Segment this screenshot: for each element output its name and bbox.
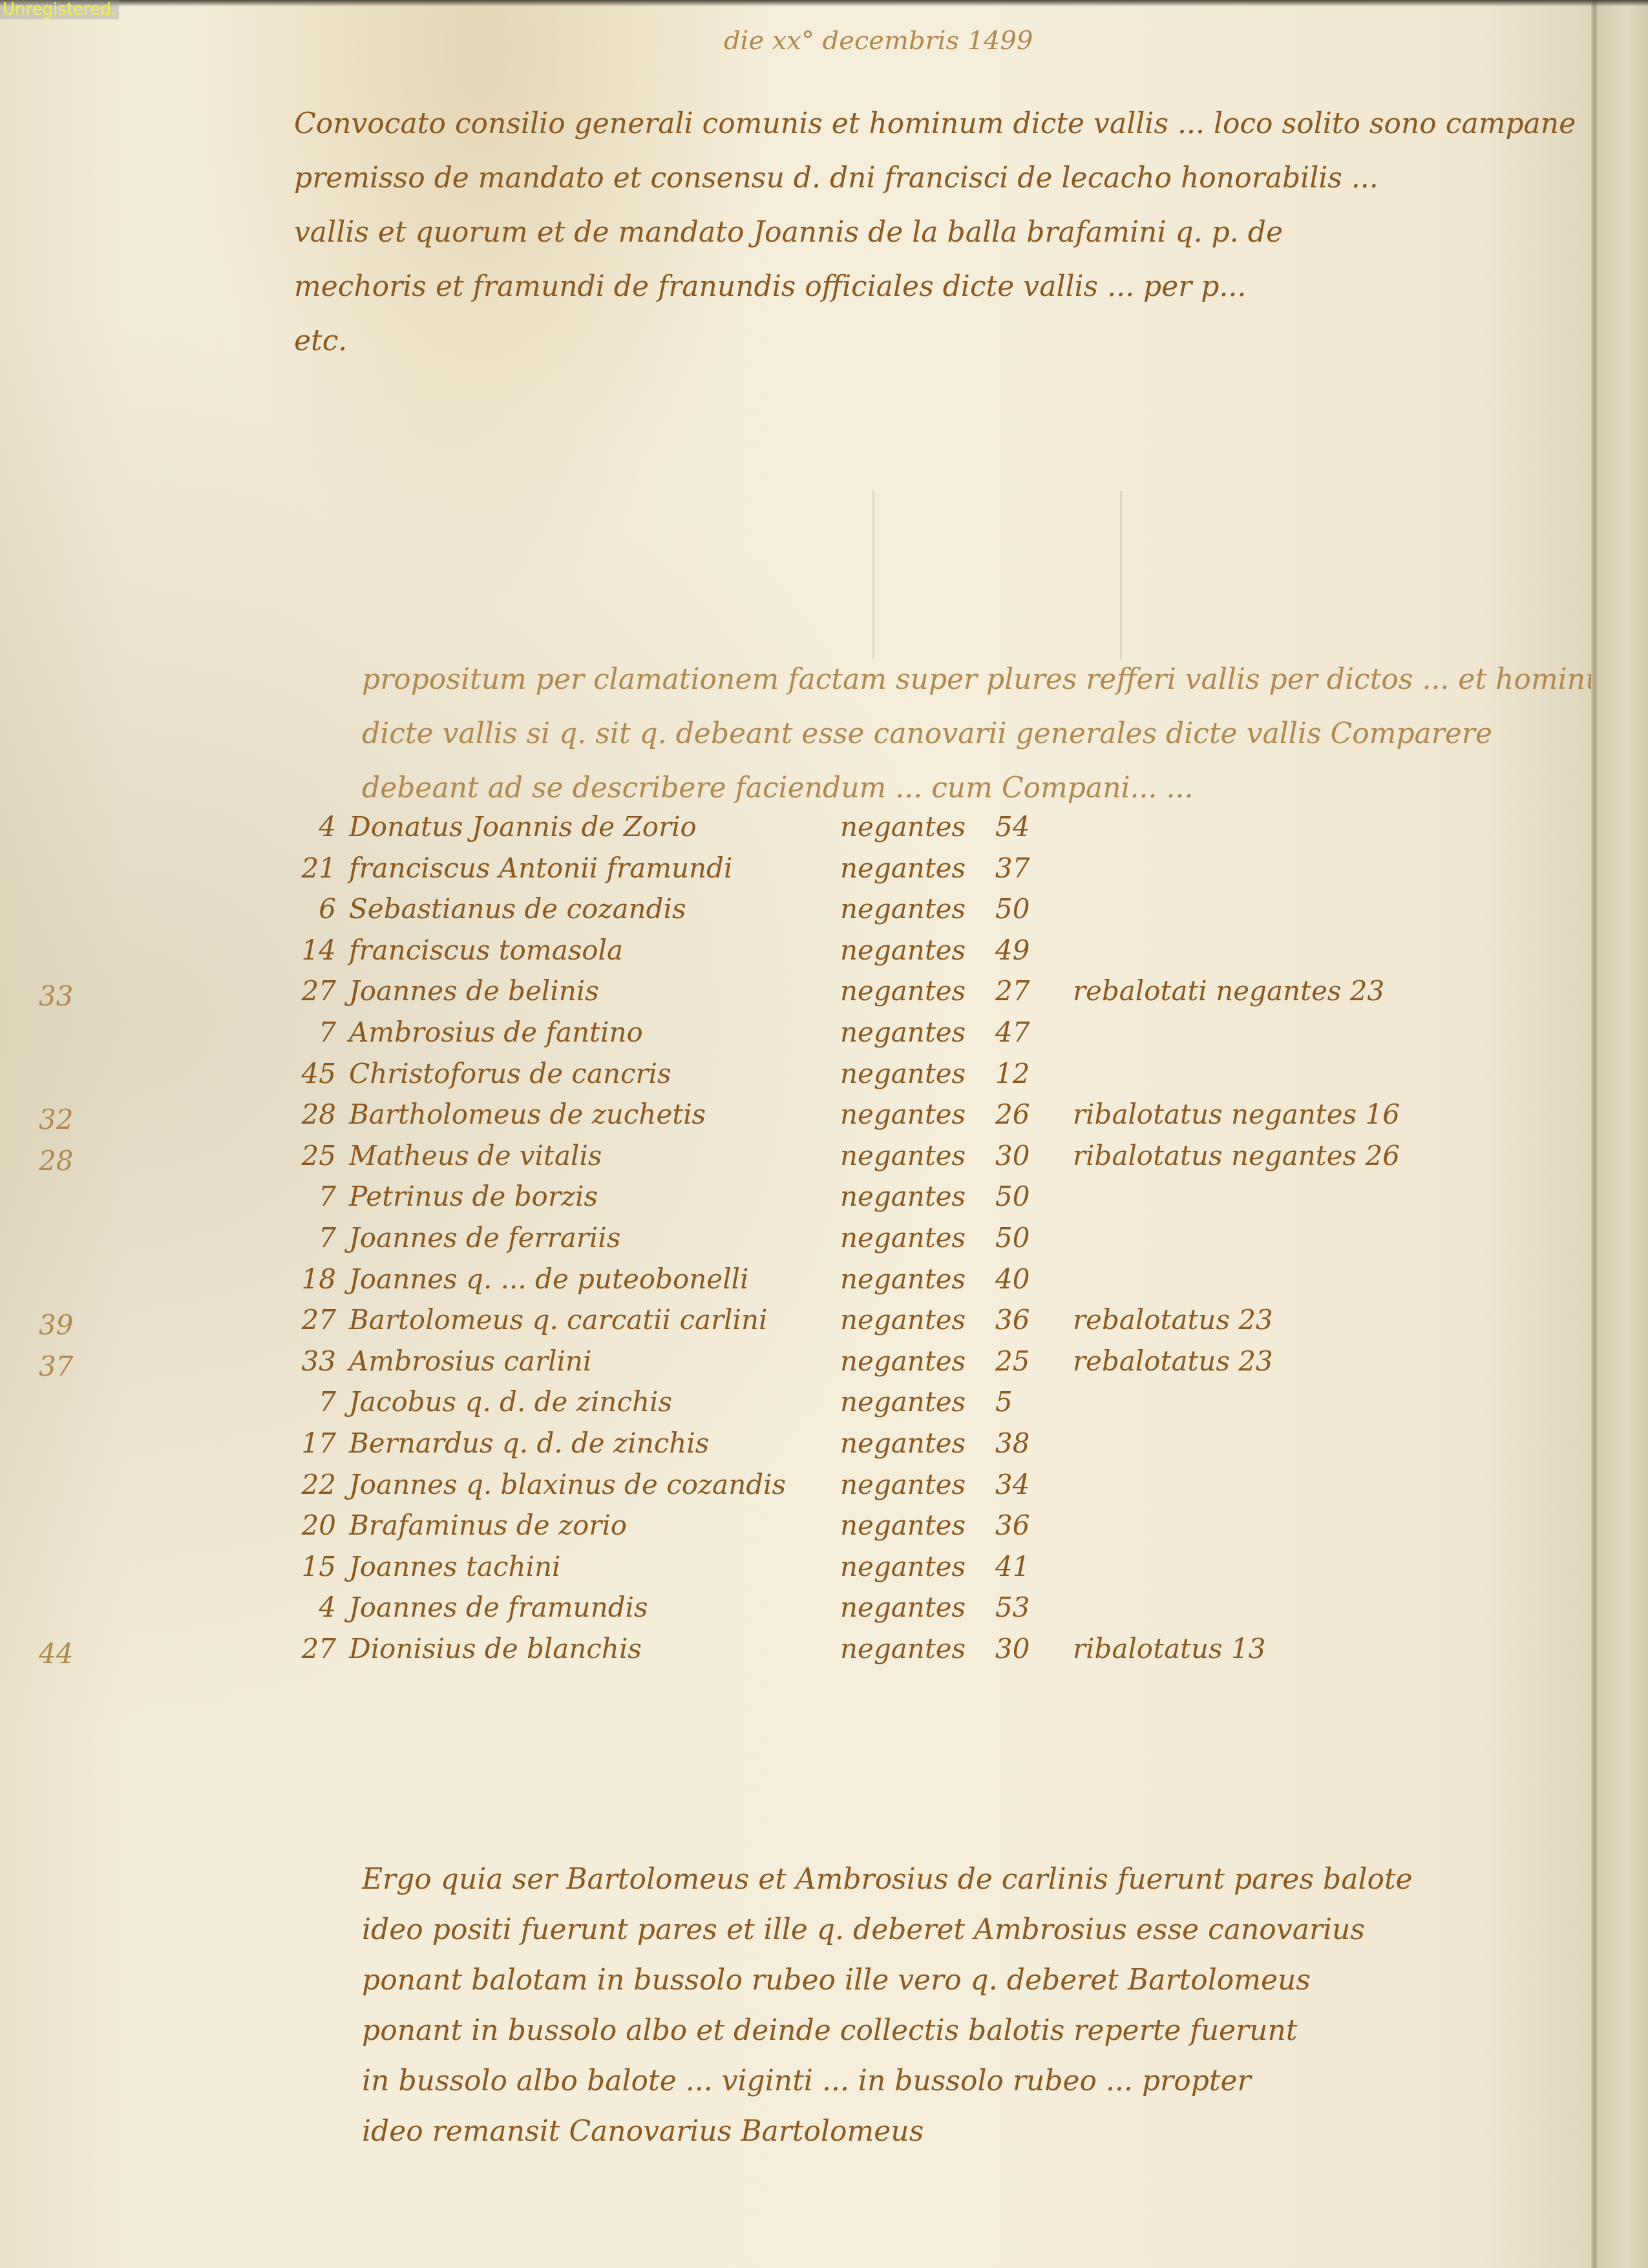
candidate-row: 15 Joannes tachini negantes 41 <box>0 1551 1486 1592</box>
candidate-row: 28 25 Matheus de vitalis negantes 30 rib… <box>0 1140 1486 1181</box>
candidate-name: Sebastianus de cozandis <box>349 893 686 925</box>
vote-count: 50 <box>995 893 1030 925</box>
ballot-count: 17 <box>271 1427 336 1459</box>
vote-count: 49 <box>995 934 1030 966</box>
ballot-count: 7 <box>271 1386 336 1418</box>
ballot-count: 33 <box>271 1345 336 1377</box>
ballot-count: 45 <box>271 1058 336 1089</box>
vote-label: negantes <box>840 1345 966 1377</box>
vote-count: 30 <box>995 1140 1030 1171</box>
candidate-name: Ambrosius carlini <box>349 1345 591 1377</box>
opening-paragraph: Convocato consilio generali comunis et h… <box>294 97 1522 368</box>
vote-label: negantes <box>840 1016 966 1048</box>
proposal-line: debeant ad se describere faciendum ... c… <box>362 761 1461 815</box>
ballot-count: 6 <box>271 893 336 925</box>
manuscript-page: die xx° decembris 1499 Convocato consili… <box>0 0 1603 2268</box>
revote-note: ribalotatus 13 <box>1073 1633 1265 1664</box>
candidate-name: franciscus Antonii framundi <box>349 852 732 884</box>
bleed-through-ink <box>872 491 1122 659</box>
candidate-row: 21 franciscus Antonii framundi negantes … <box>0 852 1486 894</box>
vote-label: negantes <box>840 1427 966 1459</box>
ballot-count: 4 <box>271 811 336 843</box>
vote-count: 27 <box>995 975 1030 1007</box>
vote-count: 36 <box>995 1304 1030 1336</box>
candidate-name: Joannes q. ... de puteobonelli <box>349 1263 748 1295</box>
candidate-name: Jacobus q. d. de zinchis <box>349 1386 672 1418</box>
margin-tally: 39 <box>39 1309 73 1341</box>
vote-label: negantes <box>840 1469 966 1500</box>
candidate-row: 7 Ambrosius de fantino negantes 47 <box>0 1016 1486 1058</box>
vote-count: 5 <box>995 1386 1013 1418</box>
ballot-count: 15 <box>271 1551 336 1582</box>
opening-line: premisso de mandato et consensu d. dni f… <box>294 151 1522 205</box>
vote-count: 26 <box>995 1098 1030 1130</box>
vote-count: 34 <box>995 1469 1030 1500</box>
revote-note: rebalotati negantes 23 <box>1073 975 1384 1007</box>
candidate-row: 14 franciscus tomasola negantes 49 <box>0 934 1486 976</box>
date-heading: die xx° decembris 1499 <box>724 26 1033 56</box>
vote-count: 30 <box>995 1633 1030 1664</box>
ballot-count: 4 <box>271 1591 336 1623</box>
margin-tally: 37 <box>39 1350 73 1382</box>
ballot-count: 18 <box>271 1263 336 1295</box>
ballot-count: 25 <box>271 1140 336 1171</box>
closing-line: ideo positi fuerunt pares et ille q. deb… <box>362 1905 1493 1955</box>
candidate-row: 7 Petrinus de borzis negantes 50 <box>0 1181 1486 1222</box>
revote-note: ribalotatus negantes 16 <box>1073 1098 1400 1130</box>
margin-tally: 28 <box>39 1145 73 1177</box>
candidate-row: 18 Joannes q. ... de puteobonelli negant… <box>0 1263 1486 1305</box>
closing-line: ideo remansit Canovarius Bartolomeus <box>362 2106 1493 2157</box>
vote-count: 37 <box>995 852 1030 884</box>
candidate-row: 17 Bernardus q. d. de zinchis negantes 3… <box>0 1427 1486 1469</box>
ballot-count: 7 <box>271 1222 336 1254</box>
ballot-count: 28 <box>271 1098 336 1130</box>
candidate-name: Brafaminus de zorio <box>349 1509 627 1541</box>
opening-line: mechoris et framundi de franundis offici… <box>294 260 1522 314</box>
opening-line: vallis et quorum et de mandato Joannis d… <box>294 205 1522 260</box>
proposal-line: dicte vallis si q. sit q. debeant esse c… <box>362 707 1461 761</box>
closing-line: ponant in bussolo albo et deinde collect… <box>362 2006 1493 2056</box>
candidate-name: Ambrosius de fantino <box>349 1016 643 1048</box>
margin-tally: 33 <box>39 980 73 1012</box>
vote-count: 50 <box>995 1222 1030 1254</box>
candidate-row: 20 Brafaminus de zorio negantes 36 <box>0 1509 1486 1551</box>
candidate-name: Christoforus de cancris <box>349 1058 671 1089</box>
candidate-name: Petrinus de borzis <box>349 1181 598 1212</box>
closing-line: in bussolo albo balote ... viginti ... i… <box>362 2056 1493 2106</box>
candidate-name: Dionisius de blanchis <box>349 1633 642 1664</box>
candidate-row: 44 27 Dionisius de blanchis negantes 30 … <box>0 1633 1486 1674</box>
candidate-name: Joannes de framundis <box>349 1591 648 1623</box>
margin-tally: 32 <box>39 1104 73 1135</box>
candidate-name: Joannes q. blaxinus de cozandis <box>349 1469 786 1500</box>
adjacent-leaf-edge <box>1598 0 1648 2268</box>
vote-label: negantes <box>840 1386 966 1418</box>
vote-count: 25 <box>995 1345 1030 1377</box>
candidate-name: Bartholomeus de zuchetis <box>349 1098 706 1130</box>
vote-label: negantes <box>840 934 966 966</box>
candidate-row: 6 Sebastianus de cozandis negantes 50 <box>0 893 1486 934</box>
vote-label: negantes <box>840 1098 966 1130</box>
vote-label: negantes <box>840 1304 966 1336</box>
candidate-list: 4 Donatus Joannis de Zorio negantes 54 2… <box>0 811 1486 1674</box>
vote-label: negantes <box>840 1591 966 1623</box>
vote-count: 50 <box>995 1181 1030 1212</box>
candidate-row: 7 Joannes de ferrariis negantes 50 <box>0 1222 1486 1263</box>
candidate-row: 32 28 Bartholomeus de zuchetis negantes … <box>0 1098 1486 1140</box>
candidate-name: Matheus de vitalis <box>349 1140 602 1171</box>
candidate-row: 33 27 Joannes de belinis negantes 27 reb… <box>0 975 1486 1016</box>
candidate-name: Joannes tachini <box>349 1551 560 1582</box>
vote-count: 54 <box>995 811 1030 843</box>
watermark-label: Unregistered. <box>0 0 119 19</box>
revote-note: ribalotatus negantes 26 <box>1073 1140 1400 1171</box>
ballot-count: 22 <box>271 1469 336 1500</box>
candidate-row: 45 Christoforus de cancris negantes 12 <box>0 1058 1486 1099</box>
vote-label: negantes <box>840 1263 966 1295</box>
candidate-row: 4 Joannes de framundis negantes 53 <box>0 1591 1486 1633</box>
closing-line: Ergo quia ser Bartolomeus et Ambrosius d… <box>362 1854 1493 1905</box>
vote-label: negantes <box>840 1633 966 1664</box>
vote-count: 53 <box>995 1591 1030 1623</box>
ballot-count: 27 <box>271 1633 336 1664</box>
ballot-count: 20 <box>271 1509 336 1541</box>
revote-note: rebalotatus 23 <box>1073 1345 1273 1377</box>
vote-count: 36 <box>995 1509 1030 1541</box>
candidate-name: Bartolomeus q. carcatii carlini <box>349 1304 767 1336</box>
candidate-row: 39 27 Bartolomeus q. carcatii carlini ne… <box>0 1304 1486 1345</box>
opening-line: etc. <box>294 314 1522 368</box>
vote-label: negantes <box>840 1058 966 1089</box>
vote-count: 38 <box>995 1427 1030 1459</box>
vote-count: 41 <box>995 1551 1030 1582</box>
candidate-name: franciscus tomasola <box>349 934 623 966</box>
revote-note: rebalotatus 23 <box>1073 1304 1273 1336</box>
vote-count: 12 <box>995 1058 1030 1089</box>
proposal-paragraph: propositum per clamationem factam super … <box>362 653 1461 815</box>
margin-tally: 44 <box>39 1638 73 1670</box>
candidate-row: 7 Jacobus q. d. de zinchis negantes 5 <box>0 1386 1486 1427</box>
vote-label: negantes <box>840 1222 966 1254</box>
vote-label: negantes <box>840 1551 966 1582</box>
candidate-name: Bernardus q. d. de zinchis <box>349 1427 709 1459</box>
opening-line: Convocato consilio generali comunis et h… <box>294 97 1522 151</box>
vote-label: negantes <box>840 1181 966 1212</box>
vote-label: negantes <box>840 893 966 925</box>
ballot-count: 14 <box>271 934 336 966</box>
candidate-row: 4 Donatus Joannis de Zorio negantes 54 <box>0 811 1486 852</box>
vote-label: negantes <box>840 1509 966 1541</box>
book-spine-fold <box>1591 0 1598 2268</box>
ballot-count: 21 <box>271 852 336 884</box>
candidate-row: 37 33 Ambrosius carlini negantes 25 reba… <box>0 1345 1486 1387</box>
vote-count: 40 <box>995 1263 1030 1295</box>
proposal-line: propositum per clamationem factam super … <box>362 653 1461 707</box>
vote-label: negantes <box>840 975 966 1007</box>
closing-paragraph: Ergo quia ser Bartolomeus et Ambrosius d… <box>362 1854 1493 2157</box>
candidate-name: Joannes de belinis <box>349 975 599 1007</box>
closing-line: ponant balotam in bussolo rubeo ille ver… <box>362 1955 1493 2006</box>
vote-count: 47 <box>995 1016 1030 1048</box>
candidate-row: 22 Joannes q. blaxinus de cozandis negan… <box>0 1469 1486 1510</box>
vote-label: negantes <box>840 1140 966 1171</box>
ballot-count: 27 <box>271 1304 336 1336</box>
ballot-count: 27 <box>271 975 336 1007</box>
ballot-count: 7 <box>271 1016 336 1048</box>
candidate-name: Donatus Joannis de Zorio <box>349 811 697 843</box>
vote-label: negantes <box>840 852 966 884</box>
candidate-name: Joannes de ferrariis <box>349 1222 620 1254</box>
top-edge-shadow <box>0 0 1648 6</box>
ballot-count: 7 <box>271 1181 336 1212</box>
vote-label: negantes <box>840 811 966 843</box>
